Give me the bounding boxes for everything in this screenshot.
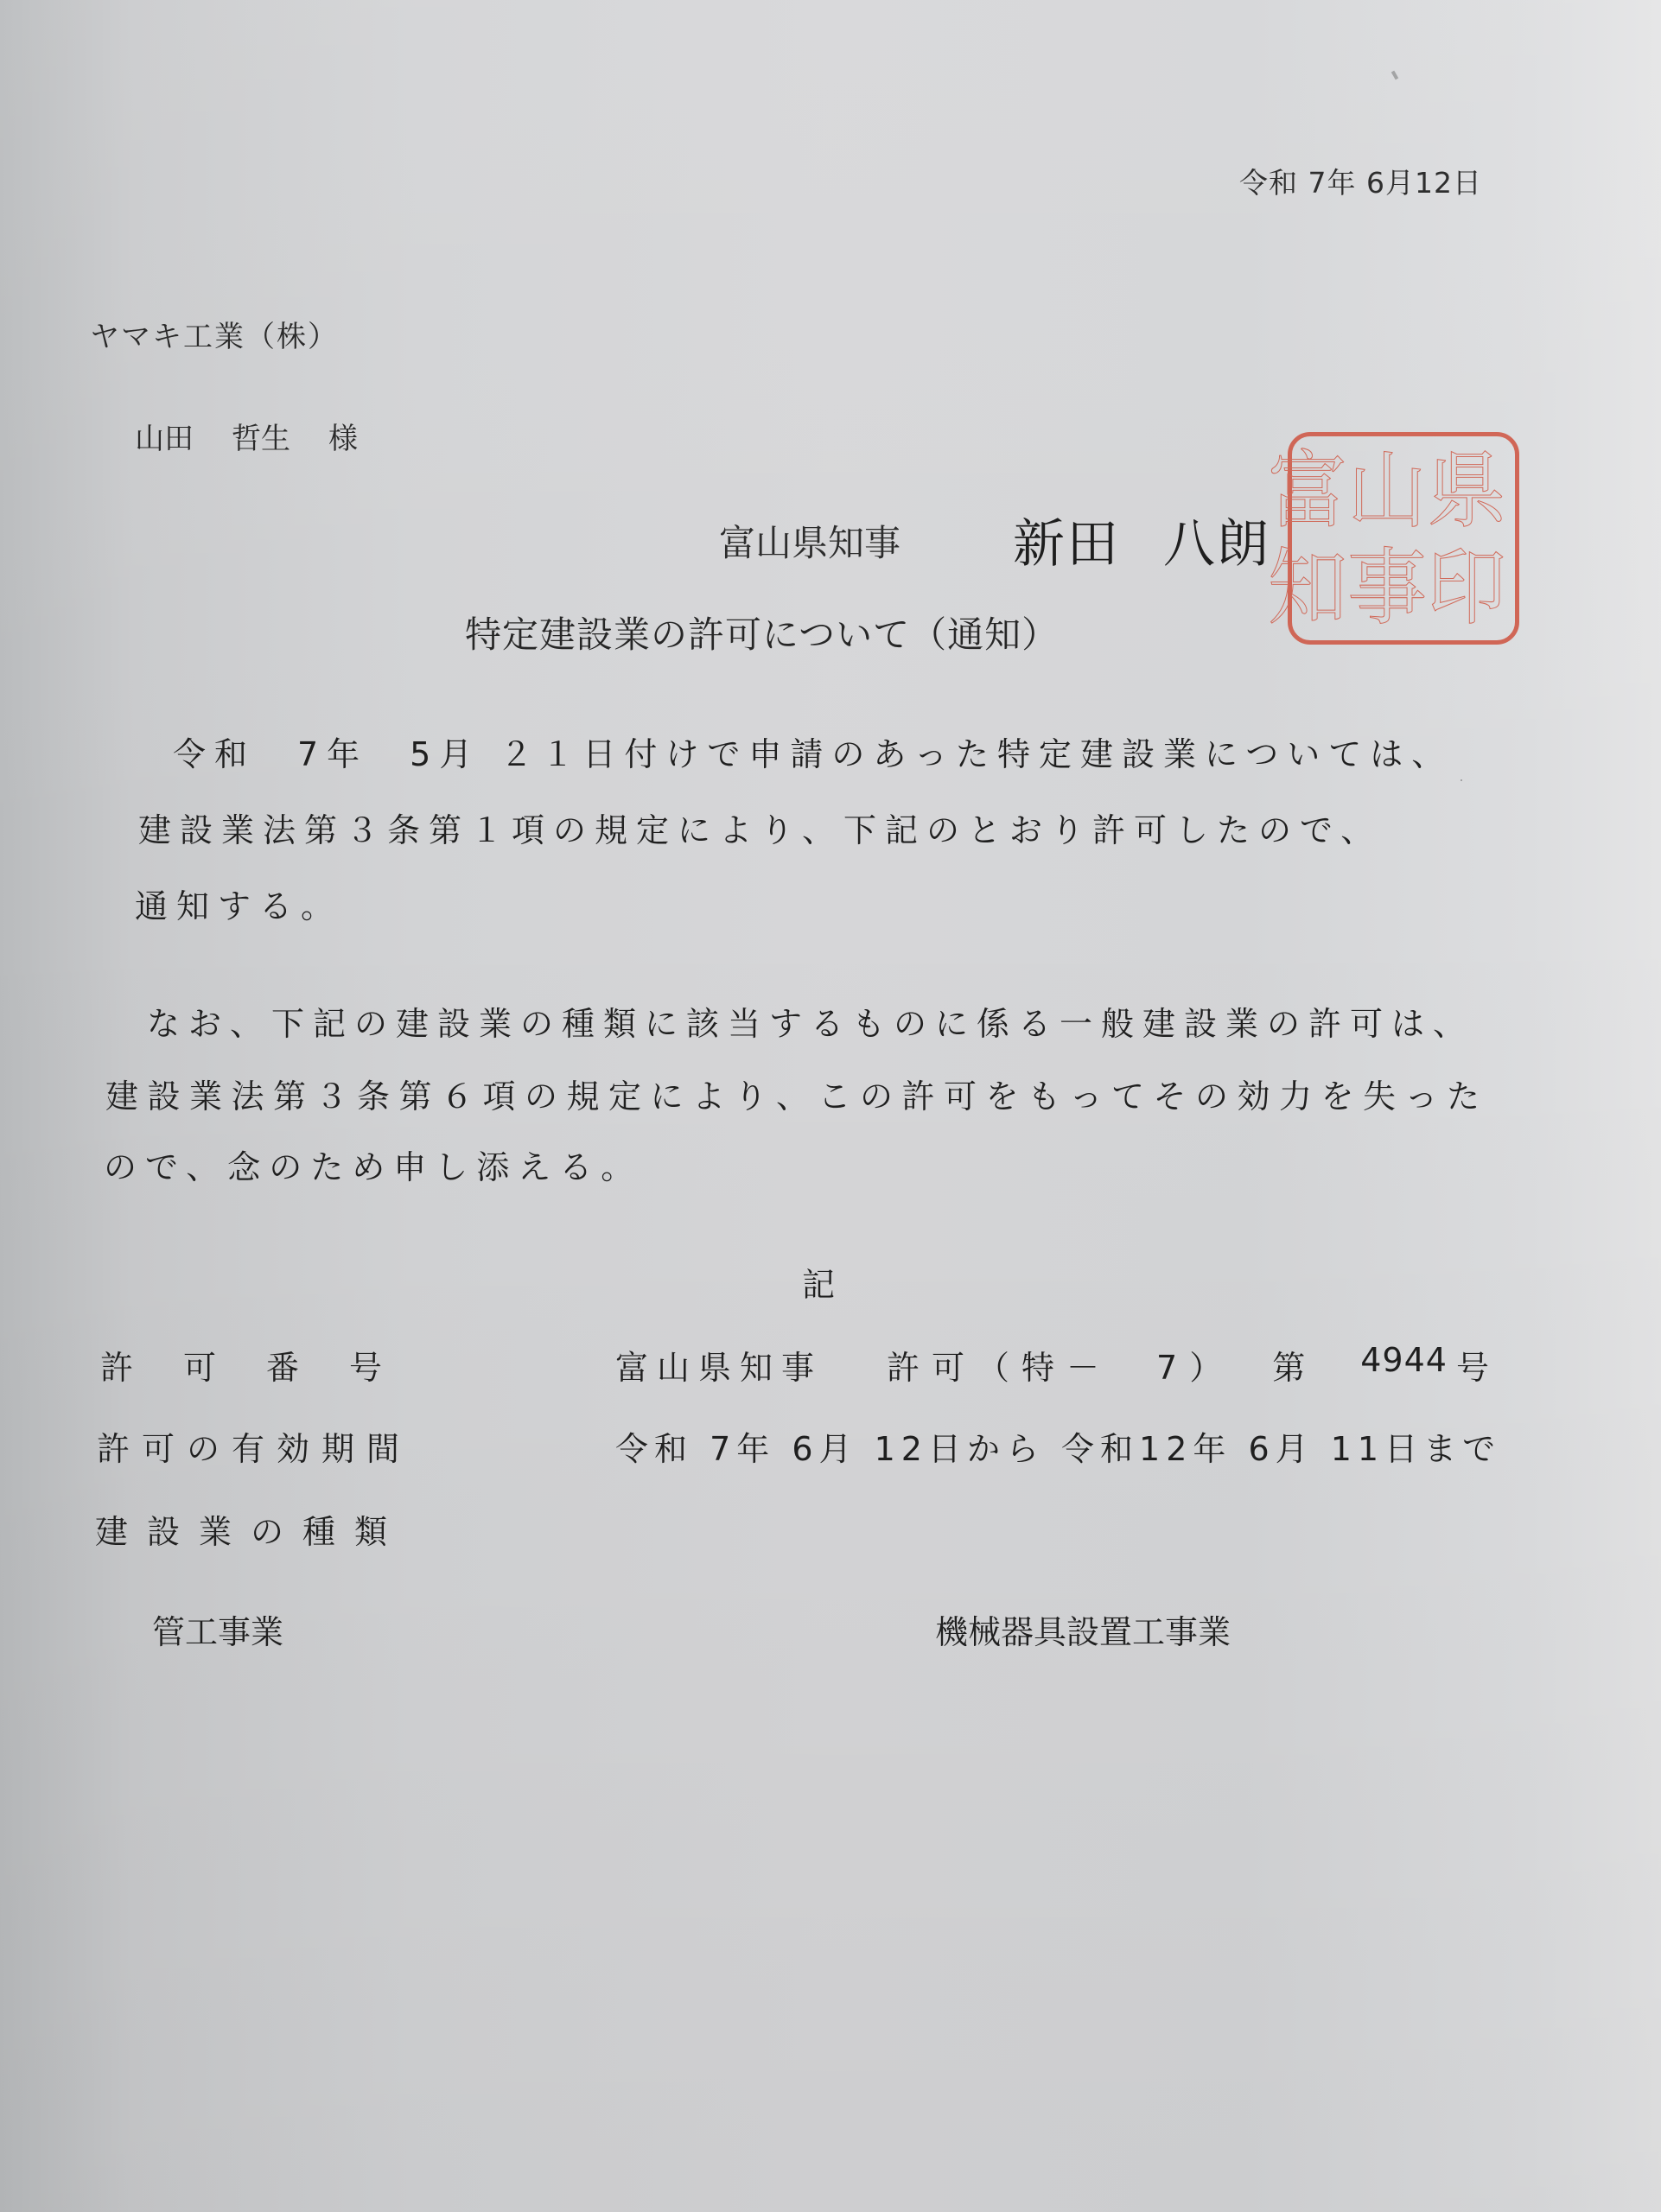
permit-issuer: 富山県知事: [615, 1341, 823, 1389]
business-type-item: 管工事業: [152, 1605, 283, 1653]
permit-number-value: 富山県知事 許可（特－ 7） 第 4944 号: [615, 1341, 1489, 1389]
seal-char: 富: [1268, 441, 1347, 543]
permit-dai: 第: [1272, 1341, 1305, 1389]
permit-number: 4944: [1360, 1341, 1448, 1389]
issuer-name: 新田八朗: [1013, 503, 1270, 577]
issuer-given-name: 八朗: [1163, 514, 1270, 575]
paragraph-2-line-1: なお、下記の建設業の種類に該当するものに係る一般建設業の許可は、: [147, 997, 1474, 1045]
seal-char: 印: [1427, 537, 1506, 639]
paper-speck: [1391, 71, 1398, 80]
seal-char: 山: [1347, 441, 1427, 543]
recipient-surname: 山田: [135, 422, 194, 456]
paper-speck: [1461, 779, 1462, 781]
permit-kind: 許可（特－ 7）: [887, 1341, 1234, 1389]
permit-number-label: 許可番号: [100, 1341, 432, 1389]
seal-char: 事: [1347, 537, 1427, 639]
recipient-company: ヤマキ工業（株）: [90, 313, 339, 355]
official-seal-stamp: 県 山 富 印 事 知: [1288, 432, 1519, 645]
permit-go: 号: [1456, 1341, 1489, 1389]
issuer-title: 富山県知事: [719, 515, 901, 567]
issuer-surname: 新田: [1013, 514, 1120, 575]
paragraph-2-line-2: 建設業法第３条第６項の規定により、この許可をもってその効力を失った: [105, 1070, 1489, 1117]
recipient-honorific: 様: [328, 422, 358, 456]
seal-char: 知: [1268, 537, 1347, 639]
issue-date: 令和 7年 6月12日: [1239, 161, 1482, 201]
recipient-given-name: 哲生: [232, 422, 290, 456]
record-heading: 記: [802, 1258, 835, 1306]
recipient-person: 山田哲生様: [135, 415, 358, 457]
document-title: 特定建設業の許可について（通知）: [465, 607, 1059, 658]
paragraph-1-line-2: 建設業法第３条第１項の規定により、下記のとおり許可したので、: [138, 804, 1382, 851]
seal-char: 県: [1427, 441, 1506, 543]
valid-period-value: 令和 7年 6月 12日から 令和12年 6月 11日まで: [615, 1422, 1501, 1470]
business-types-label: 建設業の種類: [95, 1505, 406, 1553]
business-type-item: 機械器具設置工事業: [935, 1605, 1231, 1653]
paragraph-1-line-1: 令和 7年 5月 ２１日付けで申請のあった特定建設業については、: [173, 728, 1453, 775]
paragraph-1-line-3: 通知する。: [135, 880, 342, 927]
valid-period-label: 許可の有効期間: [97, 1422, 411, 1470]
paragraph-2-line-3: ので、念のため申し添える。: [104, 1141, 642, 1188]
